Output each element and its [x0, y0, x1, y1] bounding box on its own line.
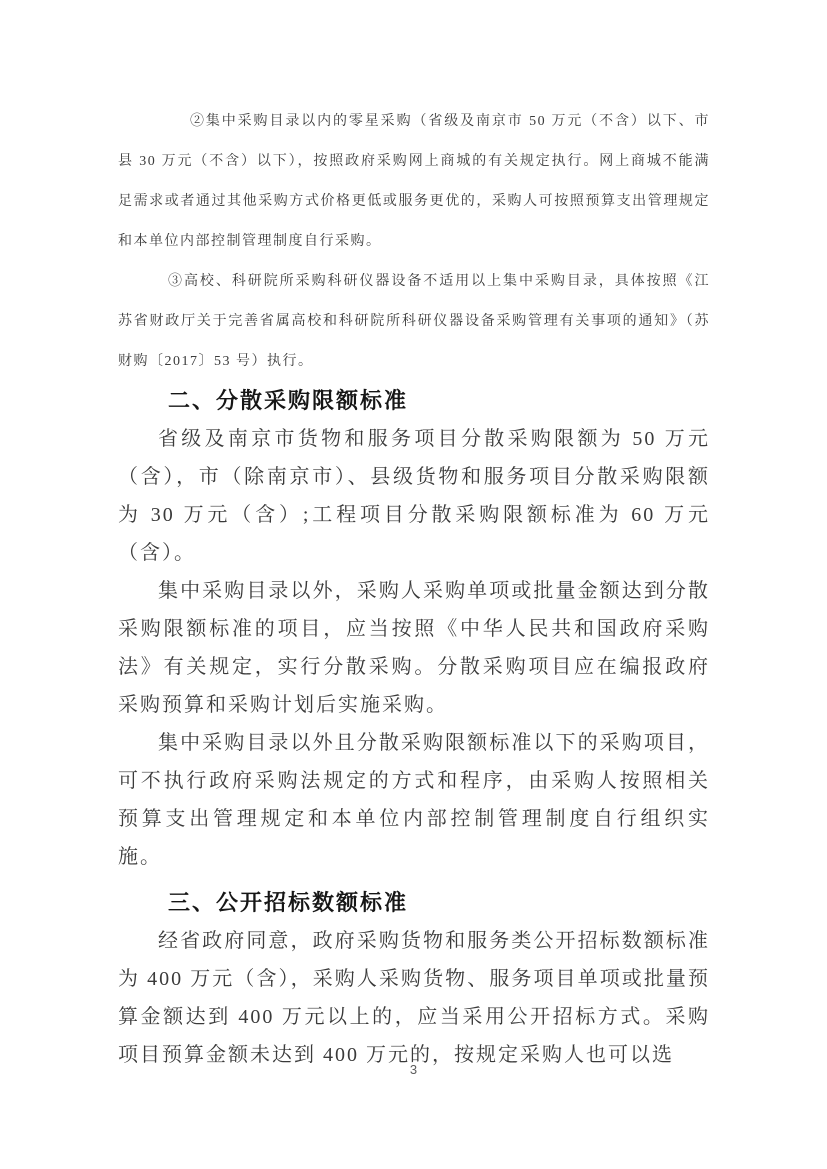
page-number: 3	[0, 1062, 827, 1077]
document-body: ②集中采购目录以内的零星采购（省级及南京市 50 万元（不含）以下、市县 30 …	[118, 102, 710, 1074]
section-heading-decentralized-procurement: 二、分散采购限额标准	[168, 382, 710, 420]
document-page: ②集中采购目录以内的零星采购（省级及南京市 50 万元（不含）以下、市县 30 …	[0, 0, 827, 1169]
paragraph-below-limit-self-procurement: 集中采购目录以外且分散采购限额标准以下的采购项目，可不执行政府采购法规定的方式和…	[118, 724, 710, 876]
section-heading-open-tender-threshold: 三、公开招标数额标准	[168, 884, 710, 922]
paragraph-decentralized-limit-amounts: 省级及南京市货物和服务项目分散采购限额为 50 万元（含），市（除南京市）、县级…	[118, 420, 710, 572]
paragraph-note-research-instruments: ③高校、科研院所采购科研仪器设备不适用以上集中采购目录，具体按照《江苏省财政厅关…	[118, 262, 710, 382]
paragraph-open-tender-threshold: 经省政府同意，政府采购货物和服务类公开招标数额标准为 400 万元（含），采购人…	[118, 922, 710, 1074]
paragraph-note-zero-star-procurement: ②集中采购目录以内的零星采购（省级及南京市 50 万元（不含）以下、市县 30 …	[118, 102, 710, 262]
paragraph-decentralized-rule: 集中采购目录以外，采购人采购单项或批量金额达到分散采购限额标准的项目，应当按照《…	[118, 572, 710, 724]
